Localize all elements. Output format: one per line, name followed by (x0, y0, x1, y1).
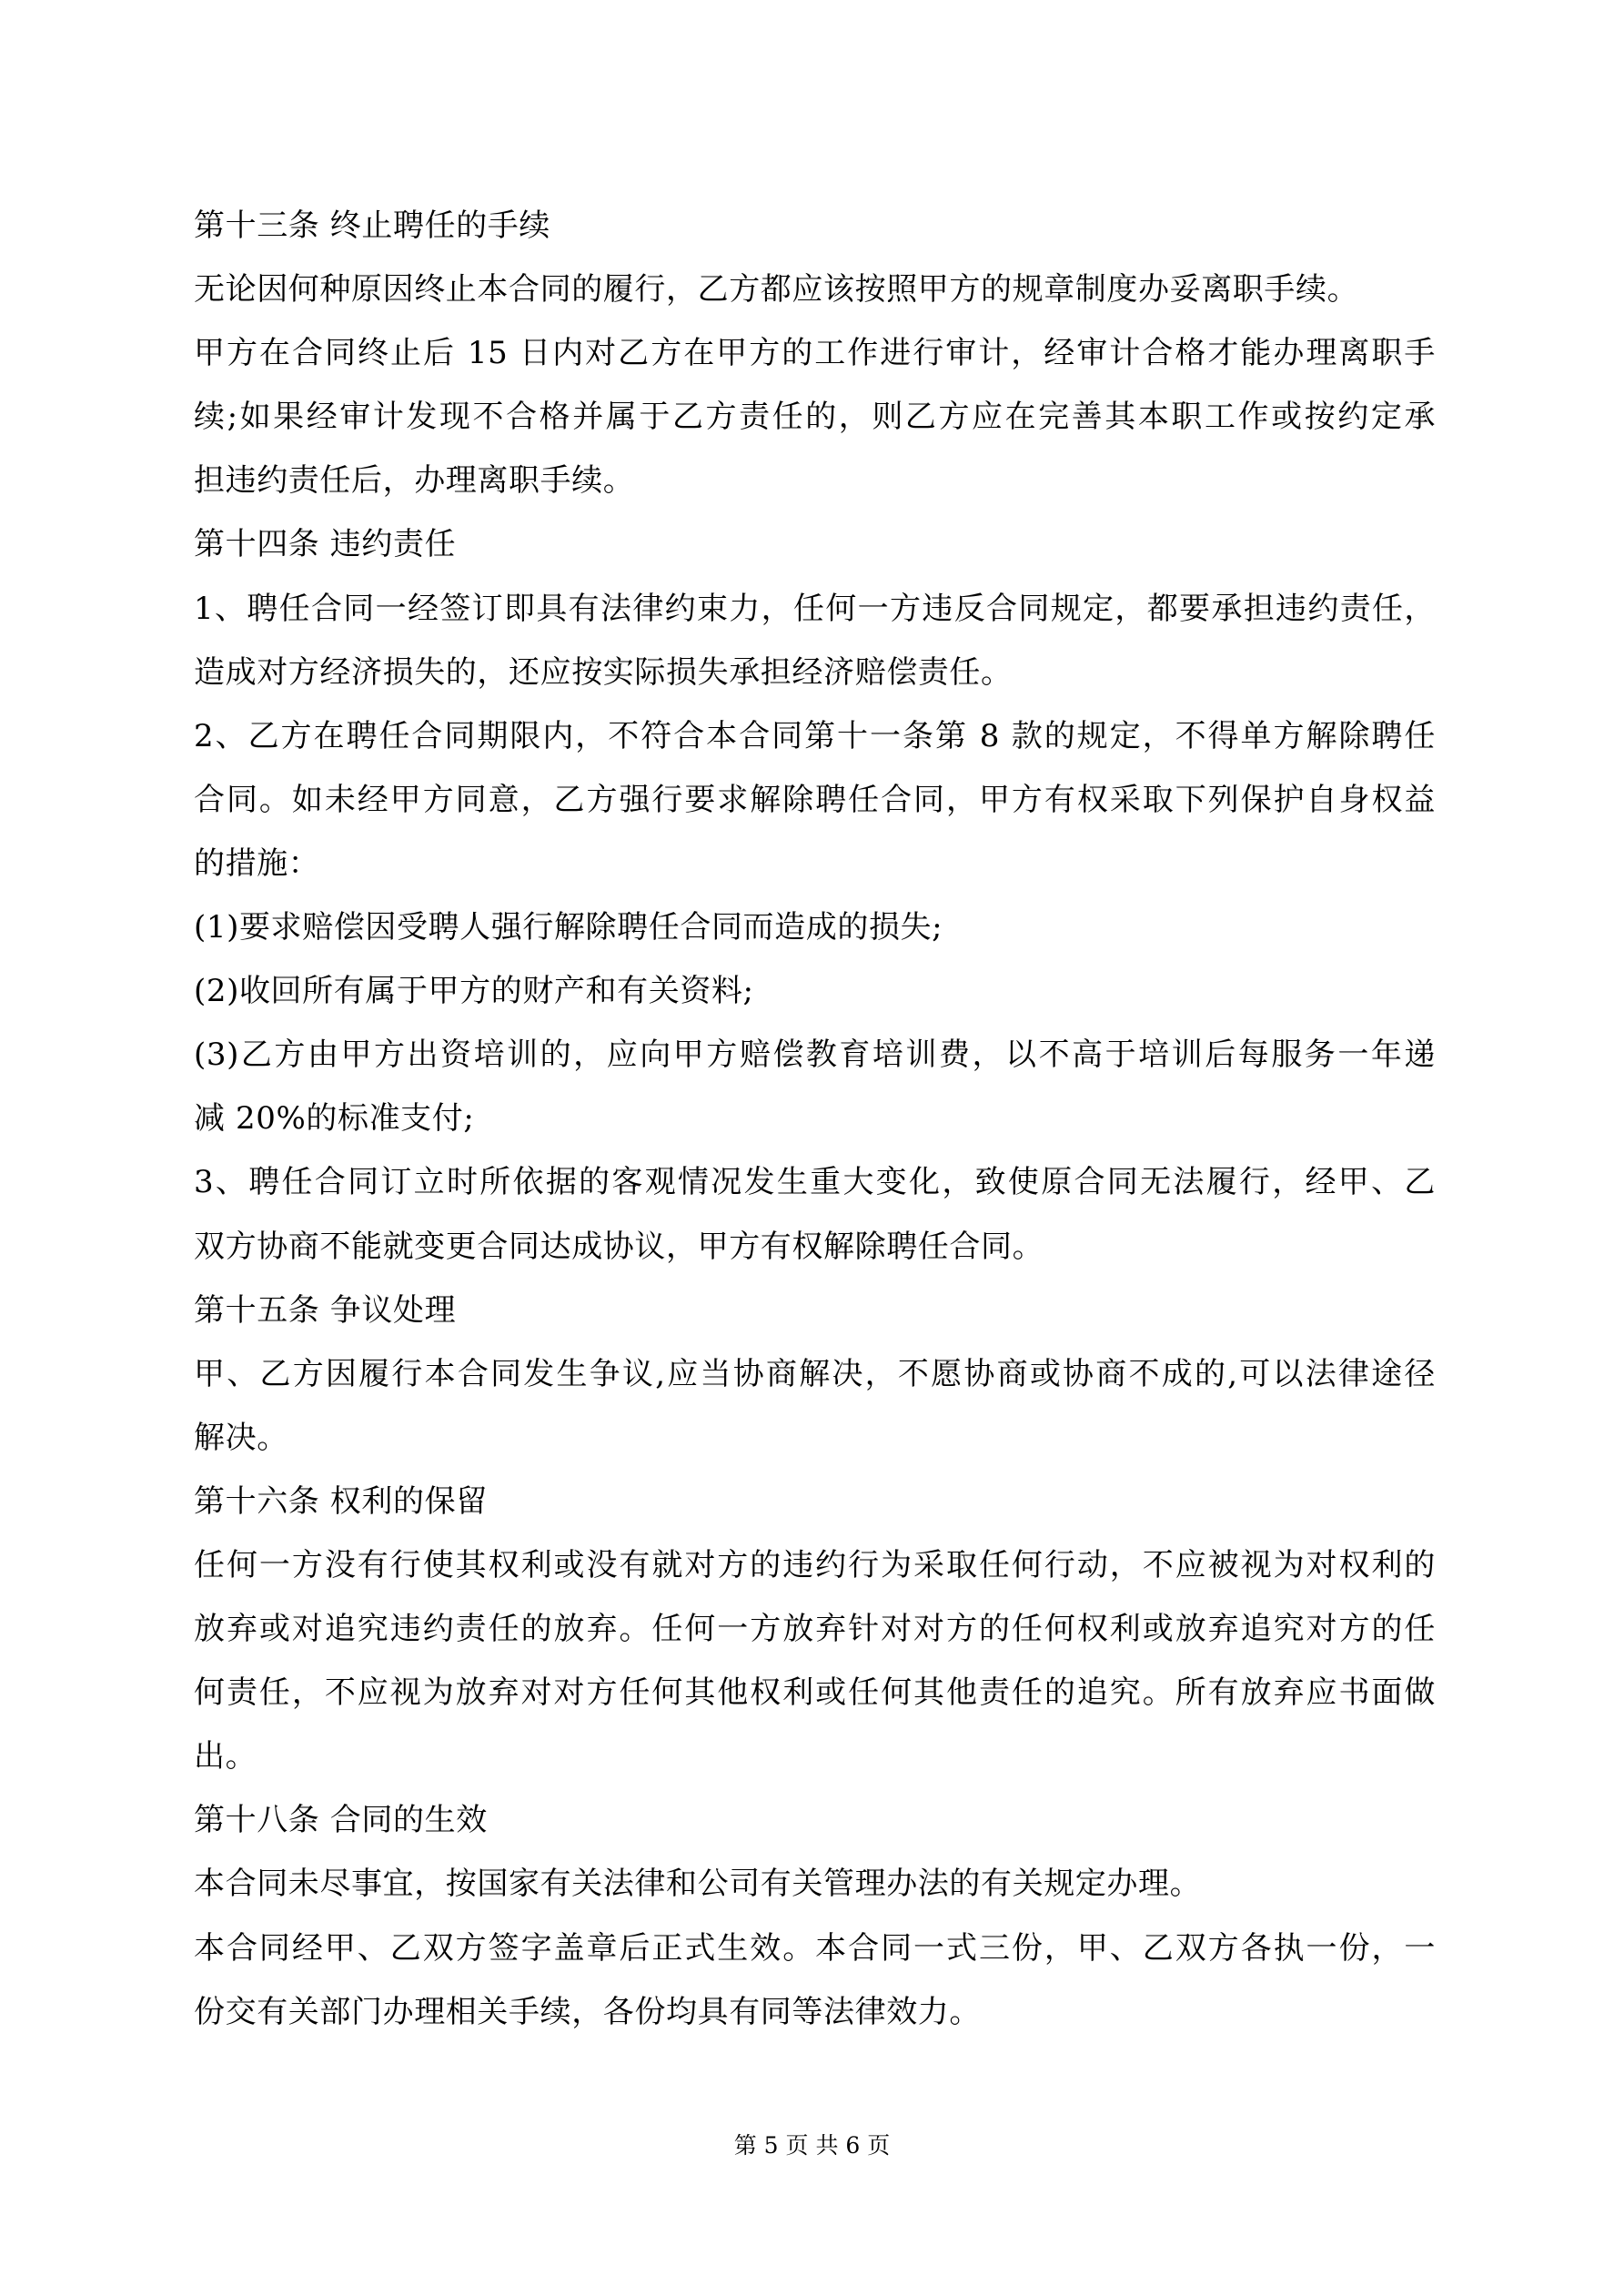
paragraph-line: 1、聘任合同一经签订即具有法律约束力，任何一方违反合同规定，都要承担违约责任， (194, 577, 1436, 641)
paragraph-line: 解决。 (194, 1406, 1436, 1470)
paragraph-line: 担违约责任后，办理离职手续。 (194, 449, 1436, 512)
section-heading: 第十五条 争议处理 (194, 1279, 1436, 1342)
section-heading: 第十三条 终止聘任的手续 (194, 194, 1436, 258)
list-item: (3)乙方由甲方出资培训的，应向甲方赔偿教育培训费，以不高于培训后每服务一年递 (194, 1023, 1436, 1087)
paragraph-line: 无论因何种原因终止本合同的履行，乙方都应该按照甲方的规章制度办妥离职手续。 (194, 258, 1436, 321)
list-item: (2)收回所有属于甲方的财产和有关资料; (194, 959, 1436, 1023)
list-item: 减 20%的标准支付; (194, 1087, 1436, 1150)
paragraph-line: 本合同未尽事宜，按国家有关法律和公司有关管理办法的有关规定办理。 (194, 1852, 1436, 1916)
paragraph-line: 甲方在合同终止后 15 日内对乙方在甲方的工作进行审计，经审计合格才能办理离职手 (194, 321, 1436, 385)
page-number-footer: 第 5 页 共 6 页 (0, 2132, 1624, 2159)
paragraph-line: 双方协商不能就变更合同达成协议，甲方有权解除聘任合同。 (194, 1215, 1436, 1279)
section-heading: 第十八条 合同的生效 (194, 1788, 1436, 1852)
paragraph-line: 何责任，不应视为放弃对对方任何其他权利或任何其他责任的追究。所有放弃应书面做 (194, 1661, 1436, 1725)
paragraph-line: 任何一方没有行使其权利或没有就对方的违约行为采取任何行动，不应被视为对权利的 (194, 1533, 1436, 1597)
paragraph-line: 2、乙方在聘任合同期限内，不符合本合同第十一条第 8 款的规定，不得单方解除聘任 (194, 704, 1436, 768)
paragraph-line: 3、聘任合同订立时所依据的客观情况发生重大变化，致使原合同无法履行，经甲、乙 (194, 1150, 1436, 1214)
document-body: 第十三条 终止聘任的手续 无论因何种原因终止本合同的履行，乙方都应该按照甲方的规… (194, 194, 1436, 2044)
list-item: (1)要求赔偿因受聘人强行解除聘任合同而造成的损失; (194, 895, 1436, 959)
paragraph-line: 造成对方经济损失的，还应按实际损失承担经济赔偿责任。 (194, 641, 1436, 704)
paragraph-line: 本合同经甲、乙双方签字盖章后正式生效。本合同一式三份，甲、乙双方各执一份，一 (194, 1917, 1436, 1980)
paragraph-line: 的措施： (194, 832, 1436, 895)
paragraph-line: 份交有关部门办理相关手续，各份均具有同等法律效力。 (194, 1980, 1436, 2044)
paragraph-line: 续;如果经审计发现不合格并属于乙方责任的，则乙方应在完善其本职工作或按约定承 (194, 385, 1436, 449)
section-heading: 第十四条 违约责任 (194, 512, 1436, 576)
paragraph-line: 出。 (194, 1725, 1436, 1788)
paragraph-line: 放弃或对追究违约责任的放弃。任何一方放弃针对对方的任何权利或放弃追究对方的任 (194, 1597, 1436, 1661)
section-heading: 第十六条 权利的保留 (194, 1470, 1436, 1533)
document-page: 第十三条 终止聘任的手续 无论因何种原因终止本合同的履行，乙方都应该按照甲方的规… (0, 0, 1624, 2296)
paragraph-line: 甲、乙方因履行本合同发生争议,应当协商解决，不愿协商或协商不成的,可以法律途径 (194, 1342, 1436, 1406)
paragraph-line: 合同。如未经甲方同意，乙方强行要求解除聘任合同，甲方有权采取下列保护自身权益 (194, 768, 1436, 832)
